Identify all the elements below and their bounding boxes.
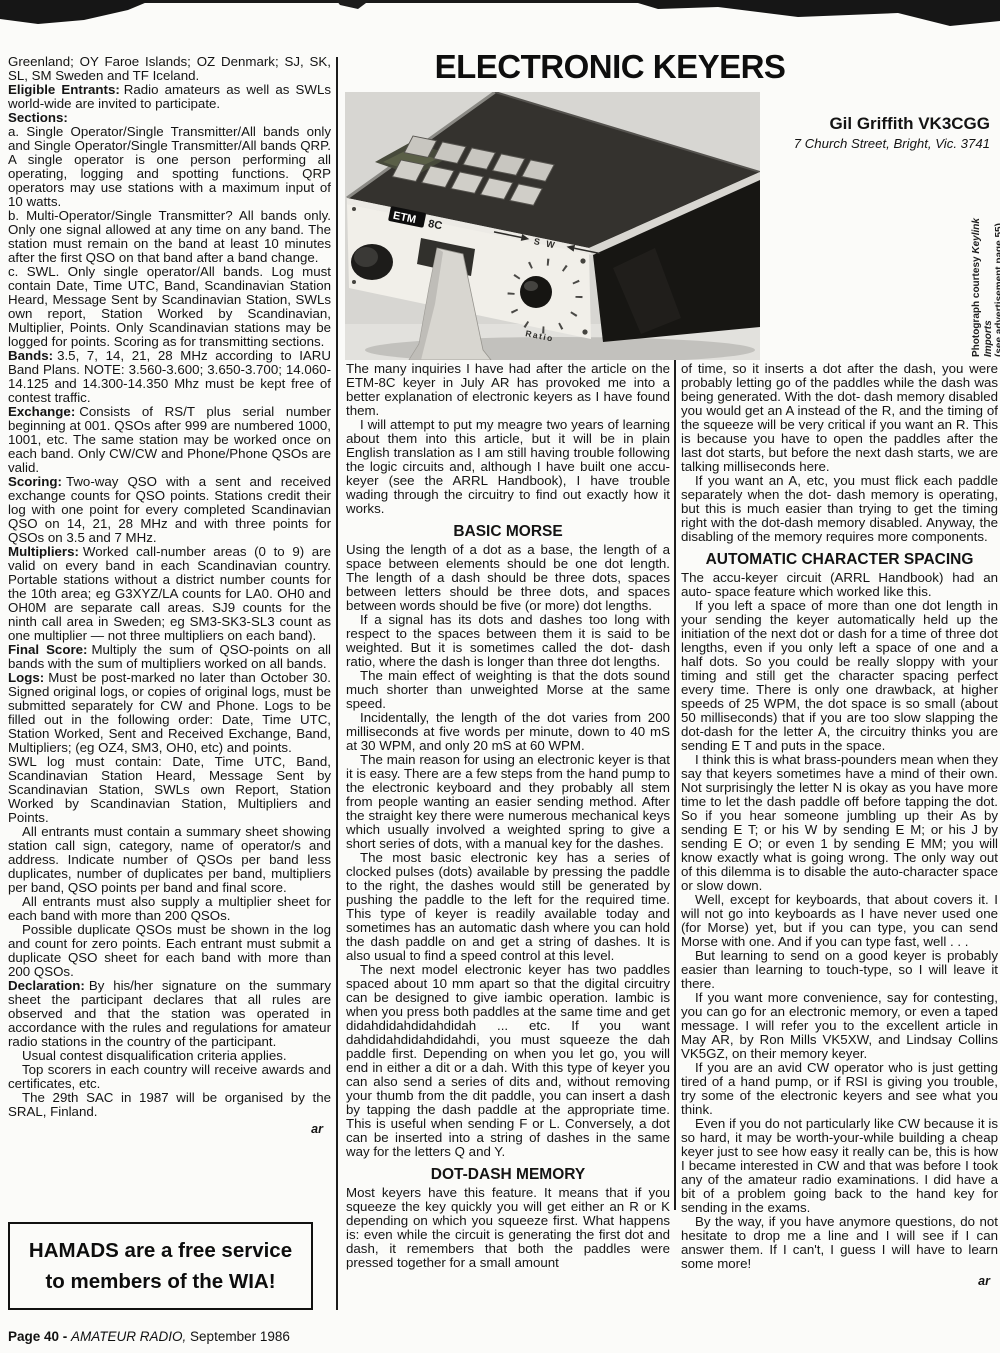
paragraph-text: 3.5, 7, 14, 21, 28 MHz according to IARU…	[8, 348, 331, 405]
paragraph: Eligible Entrants:Radio amateurs as well…	[8, 83, 331, 111]
paragraph: By the way, if you have anymore question…	[681, 1215, 998, 1271]
hamads-box: HAMADS are a free service to members of …	[8, 1222, 313, 1310]
paragraph: Even if you do not particularly like CW …	[681, 1117, 998, 1215]
contest-rules-column: Greenland; OY Faroe Islands; OZ Denmark;…	[8, 55, 331, 1136]
byline: Gil Griffith VK3CGG 7 Church Street, Bri…	[794, 114, 990, 151]
paragraph: Logs:Must be post-marked no later than O…	[8, 671, 331, 755]
paragraph-text: Top scorers in each country will receive…	[8, 1062, 331, 1091]
hamads-text: HAMADS are a free service to members of …	[17, 1235, 305, 1297]
paragraph-text: Using the length of a dot as a base, the…	[346, 542, 670, 613]
paragraph: Well, except for keyboards, that about c…	[681, 893, 998, 949]
paragraph-lead: Eligible Entrants:	[8, 82, 124, 97]
paragraph: The accu-keyer circuit (ARRL Handbook) h…	[681, 571, 998, 599]
keyer-photo-illustration: ETM 8C S W	[345, 92, 760, 360]
column-divider-left	[336, 57, 338, 1310]
paragraph: BASIC MORSE	[346, 523, 670, 540]
paragraph-text: If you left a space of more than one dot…	[681, 598, 998, 753]
paragraph: Scoring:Two-way QSO with a sent and rece…	[8, 475, 331, 545]
paragraph: All entrants must also supply a multipli…	[8, 895, 331, 923]
paragraph-text: If you want an A, etc, you must flick ea…	[681, 473, 998, 544]
paragraph-text: The 29th SAC in 1987 will be organised b…	[8, 1090, 331, 1119]
paragraph-text: DOT-DASH MEMORY	[431, 1166, 585, 1183]
paragraph-text: AUTOMATIC CHARACTER SPACING	[706, 551, 974, 568]
paragraph: If a signal has its dots and dashes too …	[346, 613, 670, 669]
article-column-right: of time, so it inserts a dot after the d…	[681, 362, 998, 1288]
paragraph-text: Worked call-number areas (0 to 9) are va…	[8, 544, 331, 643]
paragraph-text: I think this is what brass-pounders mean…	[681, 752, 998, 893]
paragraph: Greenland; OY Faroe Islands; OZ Denmark;…	[8, 55, 331, 83]
paragraph: Declaration:By his/her signature on the …	[8, 979, 331, 1049]
paragraph-text: Possible duplicate QSOs must be shown in…	[8, 922, 331, 979]
paragraph-text: All entrants must also supply a multipli…	[8, 894, 331, 923]
paragraph: I think this is what brass-pounders mean…	[681, 753, 998, 893]
magazine-page: Greenland; OY Faroe Islands; OZ Denmark;…	[0, 0, 1000, 1353]
paragraph-text: If a signal has its dots and dashes too …	[346, 612, 670, 669]
paragraph-text: Must be post-marked no later than Octobe…	[8, 670, 331, 755]
paragraph: The next model electronic keyer has two …	[346, 963, 670, 1159]
paragraph: Using the length of a dot as a base, the…	[346, 543, 670, 613]
paragraph: The main effect of weighting is that the…	[346, 669, 670, 711]
paragraph-lead: Logs:	[8, 670, 48, 685]
keyer-photo: ETM 8C S W	[345, 92, 760, 360]
paragraph: If you are an avid CW operator who is ju…	[681, 1061, 998, 1117]
paragraph: All entrants must contain a summary shee…	[8, 825, 331, 895]
paragraph-text: SWL log must contain: Date, Time UTC, Ba…	[8, 754, 331, 825]
byline-name: Gil Griffith VK3CGG	[794, 114, 990, 134]
paragraph-text: If you want more convenience, say for co…	[681, 990, 998, 1061]
paragraph-text: By the way, if you have anymore question…	[681, 1214, 998, 1271]
paragraph: Exchange:Consists of RS/T plus serial nu…	[8, 405, 331, 475]
paragraph: ar	[681, 1271, 998, 1288]
paragraph: I will attempt to put my meagre two year…	[346, 418, 670, 516]
paragraph: Most keyers have this feature. It means …	[346, 1186, 670, 1270]
paragraph-text: The many inquiries I have had after the …	[346, 361, 670, 418]
paragraph: ar	[8, 1119, 331, 1136]
paragraph-text: Well, except for keyboards, that about c…	[681, 892, 998, 949]
paragraph-text: ar	[978, 1274, 990, 1288]
footer-date: September 1986	[186, 1329, 290, 1344]
byline-address: 7 Church Street, Bright, Vic. 3741	[794, 136, 990, 151]
paragraph-text: The accu-keyer circuit (ARRL Handbook) h…	[681, 570, 998, 599]
paragraph-lead: Exchange:	[8, 404, 79, 419]
paragraph-text: The main effect of weighting is that the…	[346, 668, 670, 711]
paragraph-text: b. Multi-Operator/Single Transmitter? Al…	[8, 208, 331, 265]
footer-page-number: Page 40 -	[8, 1329, 71, 1344]
paragraph-text: But learning to send on a good keyer is …	[681, 948, 998, 991]
paragraph-text: of time, so it inserts a dot after the d…	[681, 361, 998, 474]
paragraph: Sections:	[8, 111, 331, 125]
paragraph: The many inquiries I have had after the …	[346, 362, 670, 418]
paragraph: SWL log must contain: Date, Time UTC, Ba…	[8, 755, 331, 825]
paragraph-lead: Final Score:	[8, 642, 91, 657]
paragraph-text: All entrants must contain a summary shee…	[8, 824, 331, 895]
paragraph: Final Score:Multiply the sum of QSO-poin…	[8, 643, 331, 671]
column-divider-right	[674, 360, 676, 1210]
paragraph: Incidentally, the length of the dot vari…	[346, 711, 670, 753]
paragraph: c. SWL. Only single operator/All bands. …	[8, 265, 331, 349]
paragraph-text: BASIC MORSE	[453, 523, 562, 540]
paragraph: Bands:3.5, 7, 14, 21, 28 MHz according t…	[8, 349, 331, 405]
paragraph: AUTOMATIC CHARACTER SPACING	[681, 551, 998, 568]
paragraph: If you want an A, etc, you must flick ea…	[681, 474, 998, 544]
paragraph-text: Even if you do not particularly like CW …	[681, 1116, 998, 1215]
paragraph-lead: Bands:	[8, 348, 57, 363]
paragraph: Possible duplicate QSOs must be shown in…	[8, 923, 331, 979]
speed-knob	[351, 244, 393, 280]
photo-credit-line1: Photograph courtesy Keylink Imports	[971, 187, 994, 357]
paragraph: If you left a space of more than one dot…	[681, 599, 998, 753]
photo-credit: Photograph courtesy Keylink Imports (see…	[971, 187, 1000, 357]
paragraph: But learning to send on a good keyer is …	[681, 949, 998, 991]
paragraph: The 29th SAC in 1987 will be organised b…	[8, 1091, 331, 1119]
paragraph-text: Incidentally, the length of the dot vari…	[346, 710, 670, 753]
paragraph-lead: Sections:	[8, 110, 72, 125]
paragraph-lead: Scoring:	[8, 474, 66, 489]
page-footer: Page 40 - AMATEUR RADIO, September 1986	[8, 1329, 290, 1344]
paragraph-text: Most keyers have this feature. It means …	[346, 1185, 670, 1270]
paragraph-text: c. SWL. Only single operator/All bands. …	[8, 264, 331, 349]
paragraph: Top scorers in each country will receive…	[8, 1063, 331, 1091]
photo-credit-line2: (see advertisement page 55)	[994, 187, 1000, 357]
paragraph-text: ar	[311, 1122, 323, 1136]
paragraph: a. Single Operator/Single Transmitter/Al…	[8, 125, 331, 209]
footer-magazine-name: AMATEUR RADIO,	[71, 1329, 186, 1344]
article-title: ELECTRONIC KEYERS	[360, 48, 860, 86]
paragraph: DOT-DASH MEMORY	[346, 1166, 670, 1183]
paragraph-text: a. Single Operator/Single Transmitter/Al…	[8, 124, 331, 209]
paragraph-text: Greenland; OY Faroe Islands; OZ Denmark;…	[8, 54, 331, 83]
paragraph: If you want more convenience, say for co…	[681, 991, 998, 1061]
paragraph-text: Usual contest disqualification criteria …	[22, 1048, 287, 1063]
paragraph: The most basic electronic key has a seri…	[346, 851, 670, 963]
paragraph-text: The most basic electronic key has a seri…	[346, 850, 670, 963]
article-column-middle: The many inquiries I have had after the …	[346, 362, 670, 1270]
paragraph: The main reason for using an electronic …	[346, 753, 670, 851]
paragraph: Usual contest disqualification criteria …	[8, 1049, 331, 1063]
paragraph-lead: Declaration:	[8, 978, 89, 993]
paragraph: of time, so it inserts a dot after the d…	[681, 362, 998, 474]
paragraph-text: If you are an avid CW operator who is ju…	[681, 1060, 998, 1117]
paragraph-text: The next model electronic keyer has two …	[346, 962, 670, 1159]
paragraph-text: The main reason for using an electronic …	[346, 752, 670, 851]
paragraph-lead: Multipliers:	[8, 544, 83, 559]
scan-artifact-top-edge	[0, 0, 1000, 30]
paragraph: Multipliers:Worked call-number areas (0 …	[8, 545, 331, 643]
paragraph: b. Multi-Operator/Single Transmitter? Al…	[8, 209, 331, 265]
paragraph-text: I will attempt to put my meagre two year…	[346, 417, 670, 516]
